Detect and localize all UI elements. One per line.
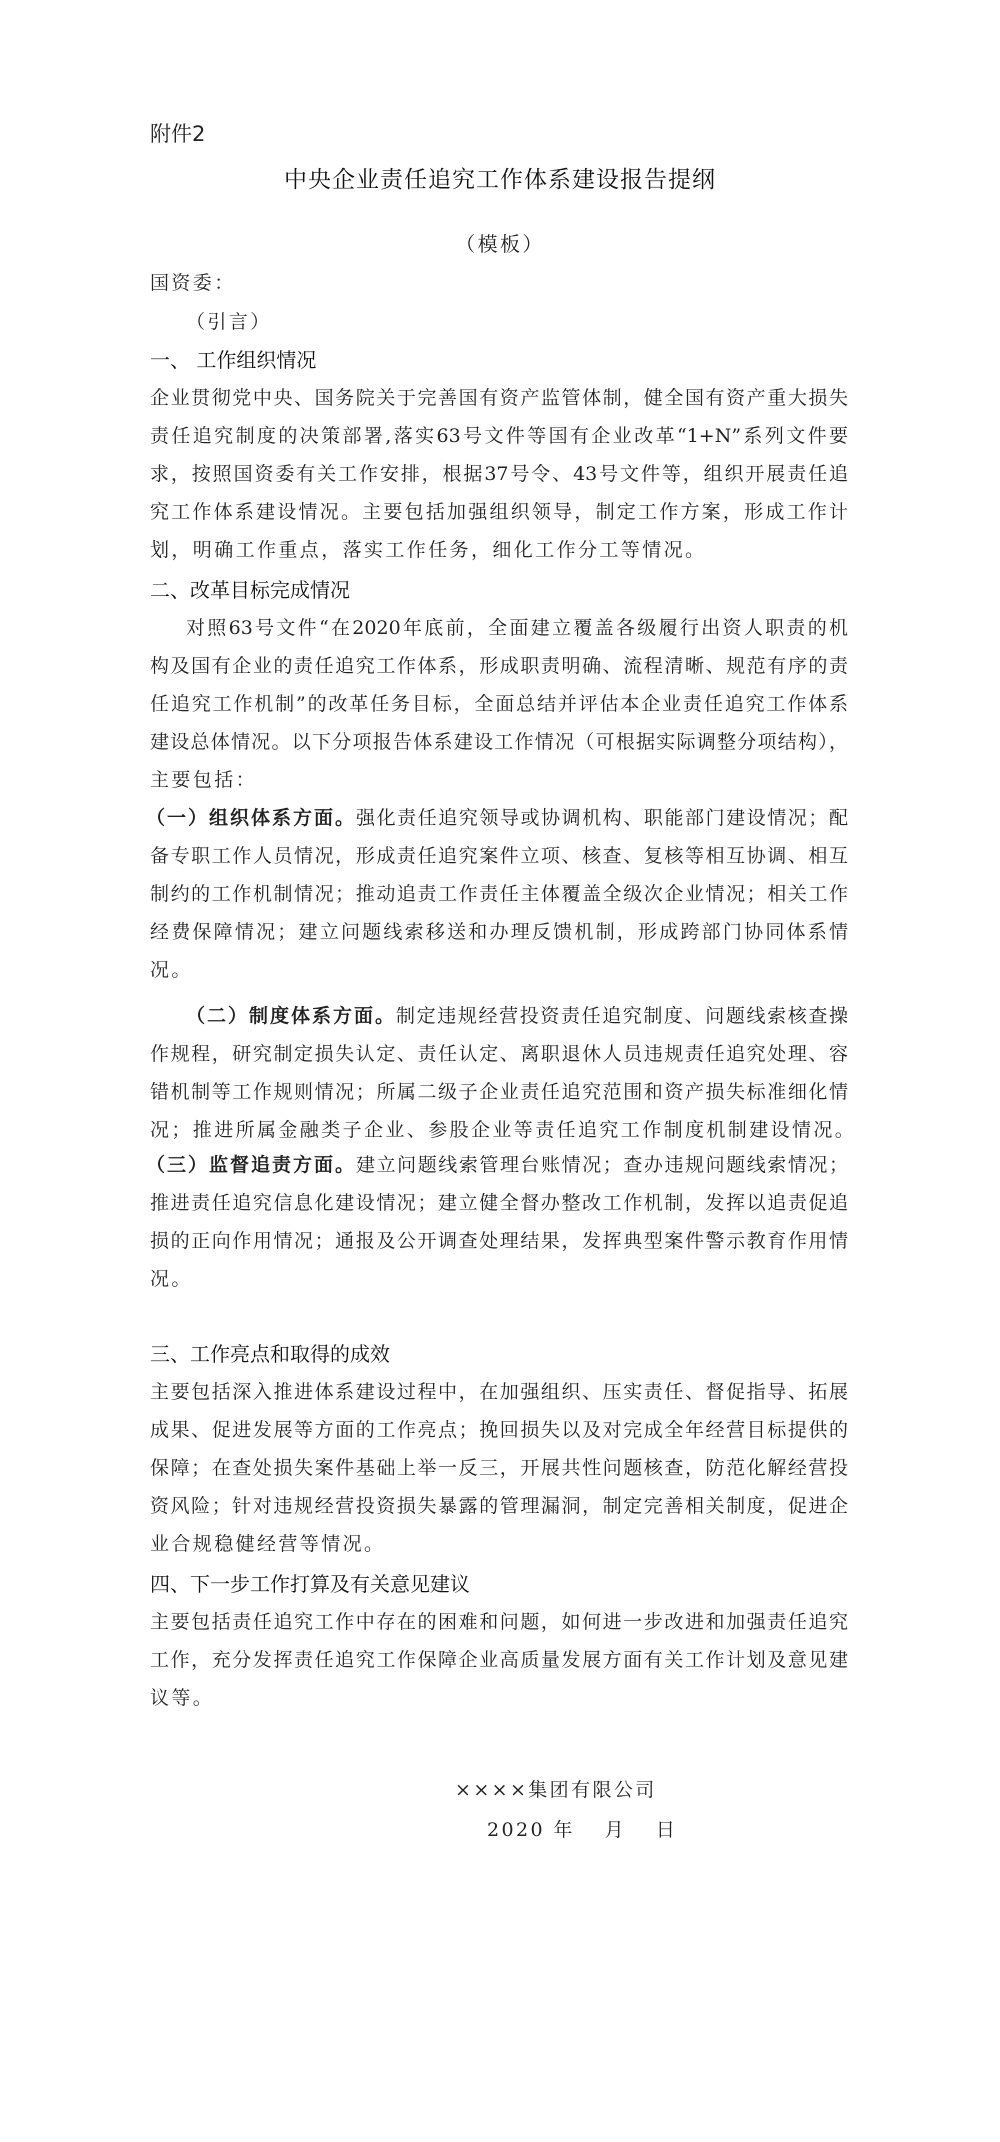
section-4-line: 议等。 <box>150 1686 848 1710</box>
document-title: 中央企业责任追究工作体系建设报告提纲 <box>0 168 1000 192</box>
section-3-heading: 三、工作亮点和取得的成效 <box>150 1342 848 1366</box>
signature-date: 2020 年 月 日 <box>487 1818 677 1842</box>
subsection-2-line: 错机制等工作规则情况；所属二级子企业责任追究范围和资产损失标准细化情 <box>150 1080 848 1104</box>
subsection-2-line: 况；推进所属金融类子企业、参股企业等责任追究工作制度机制建设情况。 <box>150 1118 848 1142</box>
subsection-1-text: 强化责任追究领导或协调机构、职能部门建设情况；配 <box>356 806 848 830</box>
subsection-2-label: （二）制度体系方面。 <box>186 1004 396 1028</box>
subsection-1-line: 备专职工作人员情况，形成责任追究案件立项、核查、复核等相互协调、相互 <box>150 844 848 868</box>
subsection-1-line: 况。 <box>150 958 848 982</box>
subsection-2-line: 作规程，研究制定损失认定、责任认定、离职退休人员违规责任追究处理、容 <box>150 1042 848 1066</box>
section-1-line: 企业贯彻党中央、国务院关于完善国有资产监管体制，健全国有资产重大损失 <box>150 386 848 410</box>
subsection-2-first-line: （二）制度体系方面。 制定违规经营投资责任追究制度、问题线索核查操 <box>186 1004 848 1028</box>
subsection-1-line: 制约的工作机制情况；推动追责工作责任主体覆盖全级次企业情况；相关工作 <box>150 882 848 906</box>
attachment-label: 附件2 <box>150 122 848 146</box>
section-1-heading: 一、 工作组织情况 <box>150 348 848 372</box>
subsection-3-label: （三）监督追责方面。 <box>146 1153 356 1177</box>
section-2-line: 对照63号文件“在2020年底前，全面建立覆盖各级履行出资人职责的机 <box>186 616 848 640</box>
signature-company: ××××集团有限公司 <box>455 1778 657 1802</box>
section-2-line: 构及国有企业的责任追究工作体系，形成职责明确、流程清晰、规范有序的责 <box>150 654 848 678</box>
section-2-line: 建设总体情况。以下分项报告体系建设工作情况（可根据实际调整分项结构）， <box>150 730 848 754</box>
subsection-1-first-line: （一）组织体系方面。 强化责任追究领导或协调机构、职能部门建设情况；配 <box>146 806 848 830</box>
section-4-line: 主要包括责任追究工作中存在的困难和问题，如何进一步改进和加强责任追究 <box>150 1610 848 1634</box>
section-3-line: 资风险；针对违规经营投资损失暴露的管理漏洞，制定完善相关制度，促进企 <box>150 1494 848 1518</box>
section-2-heading: 二、改革目标完成情况 <box>150 578 848 602</box>
section-2-line: 主要包括： <box>150 768 848 792</box>
document-subtitle: （模板） <box>0 232 1000 256</box>
subsection-3-first-line: （三）监督追责方面。 建立问题线索管理台账情况；查办违规问题线索情况； <box>146 1153 848 1177</box>
subsection-3-line: 推进责任追究信息化建设情况；建立健全督办整改工作机制，发挥以追责促追 <box>150 1191 848 1215</box>
subsection-2-text: 制定违规经营投资责任追究制度、问题线索核查操 <box>396 1004 848 1028</box>
section-1-line: 求，按照国资委有关工作安排，根据37号令、43号文件等，组织开展责任追 <box>150 462 848 486</box>
salutation: 国资委： <box>150 271 848 295</box>
subsection-3-line: 况。 <box>150 1267 848 1291</box>
section-3-line: 主要包括深入推进体系建设过程中，在加强组织、压实责任、督促指导、拓展 <box>150 1380 848 1404</box>
subsection-1-label: （一）组织体系方面。 <box>146 806 356 830</box>
section-1-line: 责任追究制度的决策部署,落实63号文件等国有企业改革“1+N”系列文件要 <box>150 424 848 448</box>
section-4-heading: 四、下一步工作打算及有关意见建议 <box>150 1572 848 1596</box>
section-1-line: 究工作体系建设情况。主要包括加强组织领导，制定工作方案，形成工作计 <box>150 500 848 524</box>
section-3-line: 保障；在查处损失案件基础上举一反三，开展共性问题核查，防范化解经营投 <box>150 1456 848 1480</box>
section-3-line: 成果、促进发展等方面的工作亮点；挽回损失以及对完成全年经营目标提供的 <box>150 1418 848 1442</box>
section-3-line: 业合规稳健经营等情况。 <box>150 1532 848 1556</box>
section-4-line: 工作，充分发挥责任追究工作保障企业高质量发展方面有关工作计划及意见建 <box>150 1648 848 1672</box>
intro-placeholder: （引言） <box>186 310 884 334</box>
subsection-3-text: 建立问题线索管理台账情况；查办违规问题线索情况； <box>356 1153 848 1177</box>
subsection-3-line: 损的正向作用情况；通报及公开调查处理结果，发挥典型案件警示教育作用情 <box>150 1229 848 1253</box>
section-1-line: 划，明确工作重点，落实工作任务，细化工作分工等情况。 <box>150 538 848 562</box>
section-2-line: 任追究工作机制”的改革任务目标，全面总结并评估本企业责任追究工作体系 <box>150 692 848 716</box>
subsection-1-line: 经费保障情况；建立问题线索移送和办理反馈机制，形成跨部门协同体系情 <box>150 920 848 944</box>
